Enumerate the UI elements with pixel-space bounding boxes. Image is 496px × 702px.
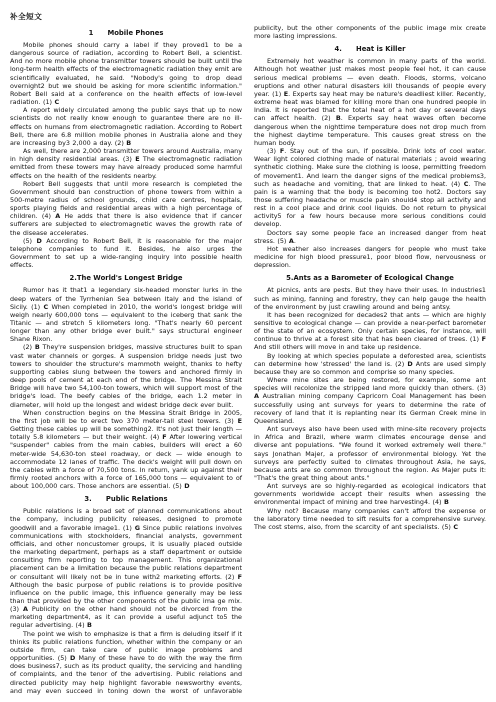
answer-letter: D (407, 360, 412, 368)
paragraph: Ant surveys also have been used with min… (254, 425, 486, 482)
paragraph: By looking at which species populate a d… (254, 352, 486, 376)
answer-letter: B (126, 139, 131, 147)
paragraph: At picnics, ants are pests. But they hav… (254, 286, 486, 310)
answer-letter: D (184, 482, 189, 490)
answer-letter: G (135, 524, 140, 532)
paragraph: Mobile phones should carry a label if th… (10, 41, 242, 106)
passage-heading: 2.The World's Longest Bridge (10, 274, 242, 283)
paragraph: A report widely circulated among the pub… (10, 106, 242, 147)
answer-letter: C (464, 180, 469, 188)
answer-letter: C (43, 303, 48, 311)
paragraph: Where mine sites are being restored, for… (254, 376, 486, 425)
passages-container: 1 Mobile PhonesMobile phones should carr… (10, 24, 486, 700)
passage-heading: 1 Mobile Phones (10, 29, 242, 38)
page-title: 补全短文 (10, 12, 486, 22)
answer-letter: C (453, 523, 458, 531)
paragraph: Doctors say some people face an increase… (254, 229, 486, 245)
paragraph: Extremely hot weather is common in many … (254, 57, 486, 147)
paragraph: Rumor has it that1 a legendary six-heade… (10, 286, 242, 343)
answer-letter: E (238, 417, 242, 425)
paragraph: (3) F. Stay out of the sun, if possible.… (254, 147, 486, 229)
document-page: 补全短文 1 Mobile PhonesMobile phones should… (0, 0, 496, 702)
answer-letter: B (444, 498, 449, 506)
paragraph: Public relations is a broad set of plann… (10, 507, 242, 629)
paragraph: Robert Bell suggests that until more res… (10, 180, 242, 237)
paragraph: (5) D According to Robert Bell, it is re… (10, 237, 242, 270)
paragraph: When construction begins on the Messina … (10, 409, 242, 491)
answer-letter: A (55, 212, 60, 220)
answer-letter: F (238, 573, 242, 581)
paragraph: It has been recognized for decades2 that… (254, 311, 486, 352)
passage-heading: 5.Ants as a Barometer of Ecological Chan… (254, 274, 486, 283)
paragraph: Why not? Because many companies can't af… (254, 507, 486, 531)
answer-letter: A (23, 605, 28, 613)
answer-letter: C (54, 98, 59, 106)
answer-letter: D (70, 654, 75, 662)
answer-letter: B (87, 621, 92, 629)
answer-letter: B (336, 114, 341, 122)
answer-letter: D (37, 237, 42, 245)
answer-letter: E (135, 155, 139, 163)
paragraph: Hot weather also increases dangers for p… (254, 245, 486, 269)
answer-letter: B (35, 343, 40, 351)
passage-heading: 3. Public Relations (10, 495, 242, 504)
paragraph: (2) B They're suspension bridges, massiv… (10, 343, 242, 408)
answer-letter: A (289, 237, 294, 245)
answer-letter: A (254, 392, 259, 400)
answer-letter: F (482, 335, 486, 343)
answer-letter: F (280, 147, 284, 155)
paragraph: Ant surveys are so highly-regarded as ec… (254, 482, 486, 506)
passage-heading: 4. Heat is Killer (254, 45, 486, 54)
paragraph: As well, there are 2,000 transmitter tow… (10, 147, 242, 180)
answer-letter: F (162, 433, 166, 441)
answer-letter: E (284, 90, 288, 98)
